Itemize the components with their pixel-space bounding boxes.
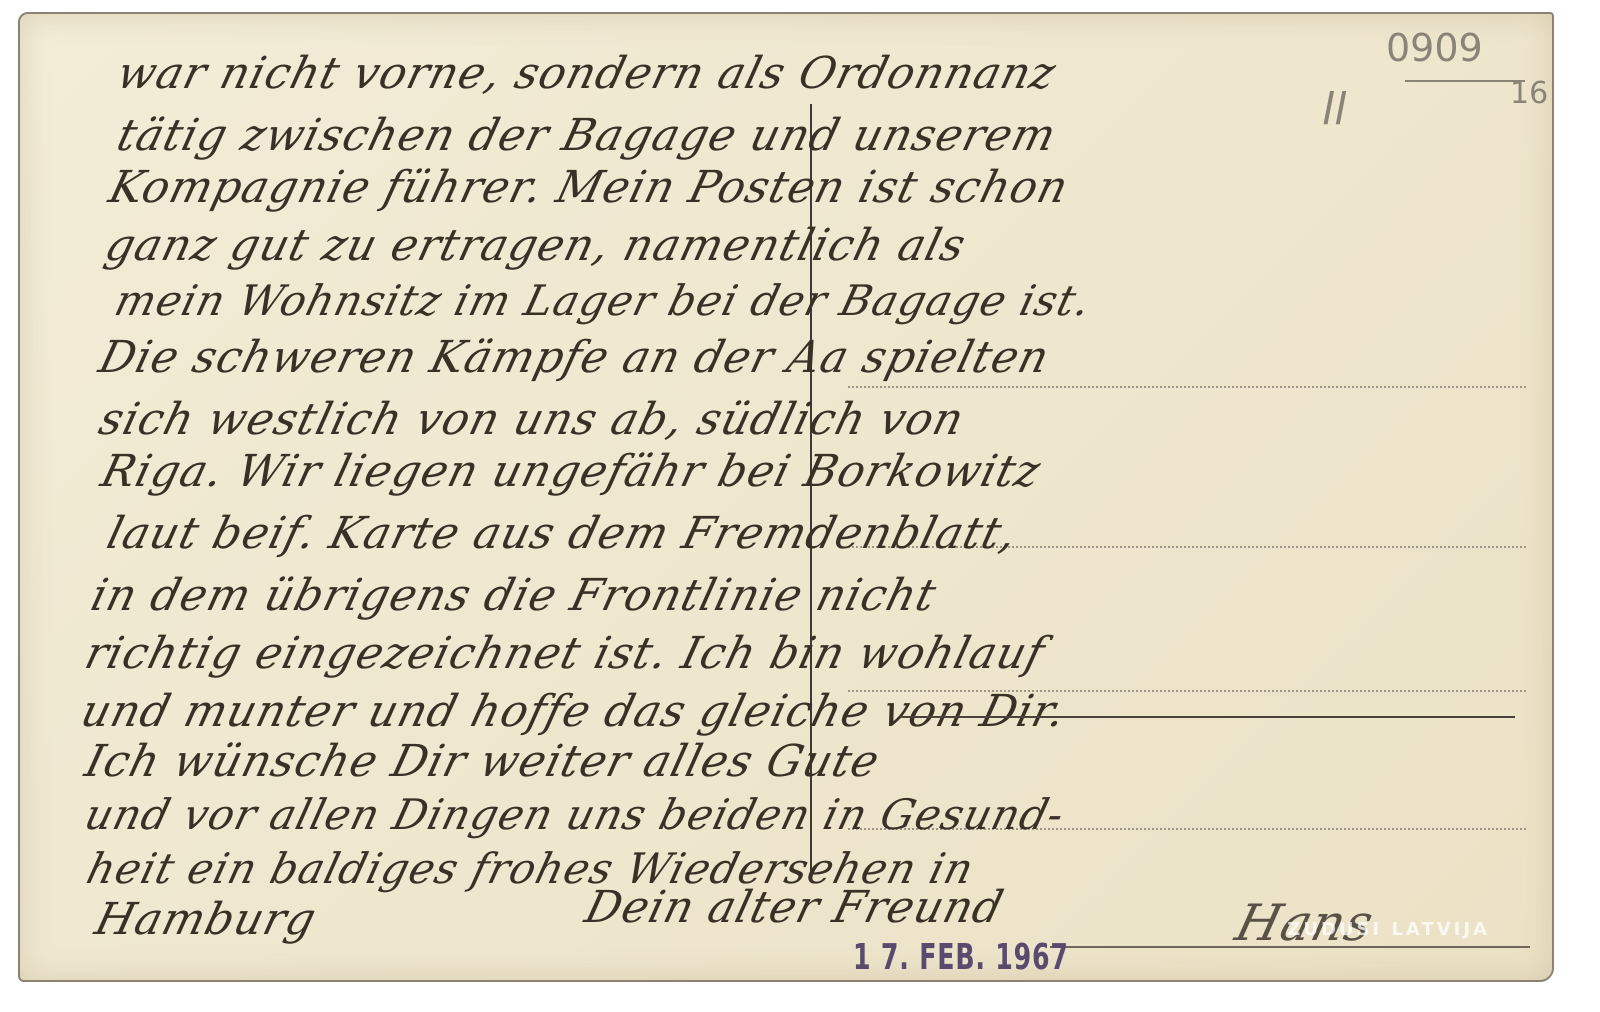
message-line-2: tätig zwischen der Bagage und unserem	[112, 110, 1062, 161]
pencil-underline	[1405, 80, 1525, 82]
signature-line	[1050, 946, 1530, 948]
message-line-4: ganz gut zu ertragen, namentlich als	[100, 220, 971, 271]
message-line-1: war nicht vorne, sondern als Ordonnanz	[112, 48, 1061, 99]
message-line-12: und munter und hoffe das gleiche von Dir…	[76, 686, 1071, 737]
message-line-8: Riga. Wir liegen ungefähr bei Borkowitz	[96, 446, 1046, 497]
line-12-underline	[900, 716, 1515, 718]
message-line-13: Ich wünsche Dir weiter alles Gute	[80, 736, 885, 787]
message-line-9: laut beif. Karte aus dem Fremdenblatt,	[102, 508, 1023, 559]
message-line-10: in dem übrigens die Frontlinie nicht	[86, 570, 942, 621]
closing-text: Dein alter Freund	[580, 882, 1009, 933]
date-stamp: 1 7. FEB. 1967	[853, 937, 1069, 978]
message-line-7: sich westlich von uns ab, südlich von	[94, 394, 970, 445]
archive-catalog-number: 0909	[1386, 26, 1483, 70]
message-line-6: Die schweren Kämpfe an der Aa spielten	[94, 332, 1055, 383]
message-line-3: Kompagnie führer. Mein Posten ist schon	[104, 162, 1074, 213]
pencil-mark: ll	[1322, 84, 1346, 135]
postcard-back: 0909 16 ll war nicht vorne, sondern als …	[18, 12, 1554, 982]
message-line-5: mein Wohnsitz im Lager bei der Bagage is…	[110, 276, 1096, 325]
message-line-14: und vor allen Dingen uns beiden in Gesun…	[80, 790, 1070, 839]
address-line-1	[848, 386, 1526, 388]
message-line-11: richtig eingezeichnet ist. Ich bin wohla…	[80, 628, 1050, 679]
watermark: ZUDUSI LATVIJA	[1287, 919, 1490, 940]
message-line-16: Hamburg	[90, 894, 322, 945]
